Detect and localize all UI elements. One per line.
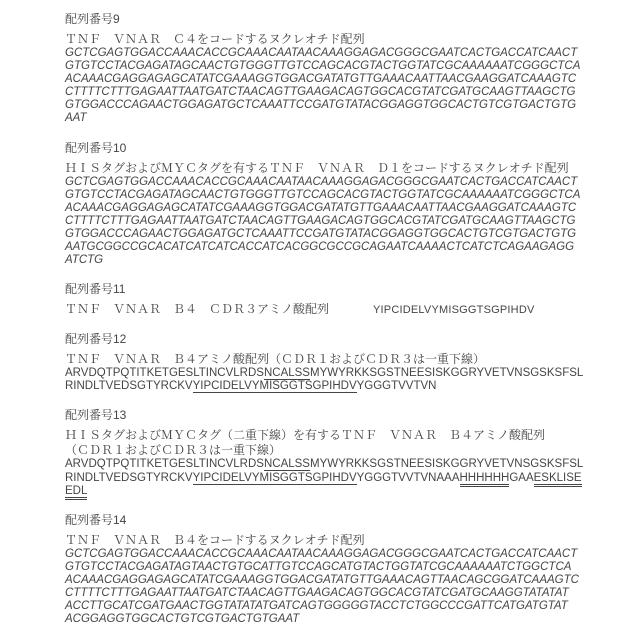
sequence-line: ACAAACGAGGAGAGCATATCGAAAGGTGGACGATATGTTG… — [65, 574, 585, 587]
sequence-line: ARVDQTPQTITKETGESLTINCVLRDSNCALSSMYWYRKK… — [65, 367, 585, 380]
amino-acid-sequence-block: ARVDQTPQTITKETGESLTINCVLRDSNCALSSMYWYRKK… — [65, 367, 585, 393]
inline-amino-acid-sequence: YIPCIDELVYMISGGTSGPIHDV — [373, 303, 534, 317]
sequence-segment: ACAAACGAGGAGAGCATATCGAAAGGTGGACGATATGTTG… — [65, 73, 576, 85]
sequence-line: GTGTCCTACGAGATAGCAACTGTGGGTTGTCCAGCACGTA… — [65, 60, 585, 73]
sequence-heading: ＨＩＳタグおよびＭＹＣタグ（二重下線）を有するＴＮＦ ＶＮＡＲ Ｂ４アミノ酸配列 — [65, 428, 585, 442]
sequence-line: GCTCGAGTGGACCAAACACCGCAAACAATAACAAAGGAGA… — [65, 47, 585, 60]
sequence-segment: CTTTTCTTTGAGAATTAATGATCTAACAGTTGAAGACAGT… — [65, 86, 575, 98]
single-underlined-segment: YIPCIDELVYMISGGTSGPIHDV — [193, 472, 357, 485]
sequence-title: ＴＮＦ ＶＮＡＲ Ｂ４アミノ酸配列（ＣＤＲ１およびＣＤＲ３は一重下線） — [65, 352, 485, 366]
sequence-line: ACAAACGAGGAGAGCATATCGAAAGGTGGACGATATGTTG… — [65, 73, 585, 86]
sequence-line: GTGGACCCAGAACTGGAGATGCTCAAATTCCGATGTATAC… — [65, 228, 585, 241]
sequence-line: ACAAACGAGGAGAGCATATCGAAAGGTGGACGATATGTTG… — [65, 202, 585, 215]
sequence-segment: CTTTTCTTTGAGAATTAATGATCTAACAGTTGAAGACAGT… — [65, 215, 575, 227]
sequence-line: EDL — [65, 485, 585, 498]
sequence-section: 配列番号12ＴＮＦ ＶＮＡＲ Ｂ４アミノ酸配列（ＣＤＲ１およびＣＤＲ３は一重下線… — [65, 333, 585, 393]
sequence-line: GTGTCCTACGAGATAGTAACTGTGCATTGTCCAGCATGTA… — [65, 561, 585, 574]
sequence-segment: YGGGTVVTVNAAA — [357, 472, 460, 484]
sequence-segment: AATGCGGCCGCACATCATCATCACCATCACGGCGCCGCAG… — [65, 241, 574, 253]
sequence-line: CTTTTCTTTGAGAATTAATGATCTAACAGTTGAAGACAGT… — [65, 86, 585, 99]
sequence-line: AAT — [65, 112, 585, 125]
sequence-heading: ＴＮＦ ＶＮＡＲ Ｂ４アミノ酸配列（ＣＤＲ１およびＣＤＲ３は一重下線） — [65, 352, 585, 366]
sequence-segment: GAA — [509, 472, 533, 484]
sequence-line: AATGCGGCCGCACATCATCATCACCATCACGGCGCCGCAG… — [65, 241, 585, 254]
sequence-line: ARVDQTPQTITKETGESLTINCVLRDSNCALSSMYWYRKK… — [65, 458, 585, 471]
sequence-segment: ACAAACGAGGAGAGCATATCGAAAGGTGGACGATATGTTG… — [65, 202, 576, 214]
sequence-line: GTGGACCCAGAACTGGAGATGCTCAAATTCCGATGTATAC… — [65, 99, 585, 112]
nucleotide-sequence-block: GCTCGAGTGGACCAAACACCGCAAACAATAACAAAGGAGA… — [65, 176, 585, 268]
sequence-line: ACGGAGGTGGCACTGTCGTGACTGTGAAT — [65, 613, 585, 626]
single-underlined-segment: NCALSS — [264, 458, 310, 471]
sequence-section: 配列番号14ＴＮＦ ＶＮＡＲ Ｂ４をコードするヌクレオチド配列GCTCGAGTG… — [65, 514, 585, 627]
sequence-title: ＴＮＦ ＶＮＡＲ Ｂ４ ＣＤＲ３アミノ酸配列 — [65, 302, 329, 316]
sequence-number-label: 配列番号13 — [65, 409, 585, 422]
single-underlined-segment: YIPCIDELVYMISGGTSGPIHDV — [193, 380, 357, 393]
sequence-segment: ATCTG — [65, 254, 103, 266]
sequence-segment: GCTCGAGTGGACCAAACACCGCAAACAATAACAAAGGAGA… — [65, 176, 577, 188]
sequence-segment: GTGTCCTACGAGATAGCAACTGTGGGTTGTCCAGCACGTA… — [65, 189, 580, 201]
sequence-heading: ＴＮＦ ＶＮＡＲ Ｂ４ ＣＤＲ３アミノ酸配列YIPCIDELVYMISGGTSG… — [65, 302, 585, 317]
sequence-line: CTTTTCTTTGAGAATTAATGATCTAACAGTTGAAGACAGT… — [65, 587, 585, 600]
sequence-heading: ＴＮＦ ＶＮＡＲ Ｂ４をコードするヌクレオチド配列 — [65, 533, 585, 547]
sequence-segment: AAT — [65, 112, 87, 124]
sequence-segment: CTTTTCTTTGAGAATTAATGATCTAACAGTTGAAGACAGT… — [65, 587, 569, 599]
double-underlined-segment: ESKLISE — [534, 472, 582, 487]
sequence-number-label: 配列番号14 — [65, 514, 585, 527]
sequence-segment: GCTCGAGTGGACCAAACACCGCAAACAATAACAAAGGAGA… — [65, 47, 577, 59]
sequence-segment: GTGTCCTACGAGATAGTAACTGTGCATTGTCCAGCATGTA… — [65, 561, 571, 573]
sequence-segment: GTGTCCTACGAGATAGCAACTGTGGGTTGTCCAGCACGTA… — [65, 60, 580, 72]
sequence-section: 配列番号13ＨＩＳタグおよびＭＹＣタグ（二重下線）を有するＴＮＦ ＶＮＡＲ Ｂ４… — [65, 409, 585, 497]
sequence-title: ＴＮＦ ＶＮＡＲ Ｃ４をコードするヌクレオチド配列 — [65, 32, 365, 46]
sequence-segment: GCTCGAGTGGACCAAACACCGCAAACAATAACAAAGGAGA… — [65, 548, 577, 560]
sequence-segment: RINDLTVEDSGTYRCKV — [65, 472, 193, 484]
document-page: 配列番号9ＴＮＦ ＶＮＡＲ Ｃ４をコードするヌクレオチド配列GCTCGAGTGG… — [0, 0, 640, 626]
sequence-number-label: 配列番号12 — [65, 333, 585, 346]
sequence-section: 配列番号9ＴＮＦ ＶＮＡＲ Ｃ４をコードするヌクレオチド配列GCTCGAGTGG… — [65, 13, 585, 126]
double-underlined-segment: HHHHHH — [460, 472, 510, 487]
sequence-segment: MYWYRKKSGSTNEESISKGGRYVETVNSGSKSFSL — [310, 367, 583, 379]
sequence-section: 配列番号10ＨＩＳタグおよびＭＹＣタグを有するＴＮＦ ＶＮＡＲ Ｄ１をコードする… — [65, 142, 585, 268]
sequence-segment: MYWYRKKSGSTNEESISKGGRYVETVNSGSKSFSL — [310, 458, 583, 470]
sequence-segment: GTGGACCCAGAACTGGAGATGCTCAAATTCCGATGTATAC… — [65, 99, 576, 111]
sequence-line: CTTTTCTTTGAGAATTAATGATCTAACAGTTGAAGACAGT… — [65, 215, 585, 228]
sequence-line: RINDLTVEDSGTYRCKVYIPCIDELVYMISGGTSGPIHDV… — [65, 380, 585, 393]
sequence-title: ＴＮＦ ＶＮＡＲ Ｂ４をコードするヌクレオチド配列 — [65, 533, 365, 547]
sequence-heading: ＴＮＦ ＶＮＡＲ Ｃ４をコードするヌクレオチド配列 — [65, 32, 585, 46]
sequence-segment: ACAAACGAGGAGAGCATATCGAAAGGTGGACGATATGTTG… — [65, 574, 579, 586]
sequence-segment: ARVDQTPQTITKETGESLTINCVLRDS — [65, 458, 264, 470]
sequence-heading: ＨＩＳタグおよびＭＹＣタグを有するＴＮＦ ＶＮＡＲ Ｄ１をコードするヌクレオチド… — [65, 161, 585, 175]
sequence-section: 配列番号11ＴＮＦ ＶＮＡＲ Ｂ４ ＣＤＲ３アミノ酸配列YIPCIDELVYMI… — [65, 283, 585, 317]
sequence-segment: ARVDQTPQTITKETGESLTINCVLRDS — [65, 367, 264, 379]
sequence-line: ACCTTGCATCGATGAACTGGTATATATGATCAGTGGGGGT… — [65, 600, 585, 613]
single-underlined-segment: NCALSS — [264, 367, 310, 380]
sequence-segment: GTGGACCCAGAACTGGAGATGCTCAAATTCCGATGTATAC… — [65, 228, 576, 240]
nucleotide-sequence-block: GCTCGAGTGGACCAAACACCGCAAACAATAACAAAGGAGA… — [65, 548, 585, 627]
sequence-line: RINDLTVEDSGTYRCKVYIPCIDELVYMISGGTSGPIHDV… — [65, 472, 585, 485]
sequence-title-line-2: （ＣＤＲ１およびＣＤＲ３は一重下線） — [65, 443, 585, 457]
sequence-segment: YGGGTVVTVN — [357, 380, 437, 392]
nucleotide-sequence-block: GCTCGAGTGGACCAAACACCGCAAACAATAACAAAGGAGA… — [65, 47, 585, 126]
sequence-number-label: 配列番号9 — [65, 13, 585, 26]
sequence-line: GTGTCCTACGAGATAGCAACTGTGGGTTGTCCAGCACGTA… — [65, 189, 585, 202]
double-underlined-segment: EDL — [65, 485, 87, 500]
sequence-segment: RINDLTVEDSGTYRCKV — [65, 380, 193, 392]
sequence-line: GCTCGAGTGGACCAAACACCGCAAACAATAACAAAGGAGA… — [65, 548, 585, 561]
sequence-number-label: 配列番号10 — [65, 142, 585, 155]
sequence-segment: ACCTTGCATCGATGAACTGGTATATATGATCAGTGGGGGT… — [65, 600, 568, 612]
sequence-segment: ACGGAGGTGGCACTGTCGTGACTGTGAAT — [65, 613, 299, 625]
sequence-title: ＨＩＳタグおよびＭＹＣタグ（二重下線）を有するＴＮＦ ＶＮＡＲ Ｂ４アミノ酸配列 — [65, 428, 545, 442]
sequence-line: GCTCGAGTGGACCAAACACCGCAAACAATAACAAAGGAGA… — [65, 176, 585, 189]
sequence-title: ＨＩＳタグおよびＭＹＣタグを有するＴＮＦ ＶＮＡＲ Ｄ１をコードするヌクレオチド… — [65, 161, 569, 175]
amino-acid-sequence-block: ARVDQTPQTITKETGESLTINCVLRDSNCALSSMYWYRKK… — [65, 458, 585, 497]
sequence-line: ATCTG — [65, 254, 585, 267]
sequence-number-label: 配列番号11 — [65, 283, 585, 296]
